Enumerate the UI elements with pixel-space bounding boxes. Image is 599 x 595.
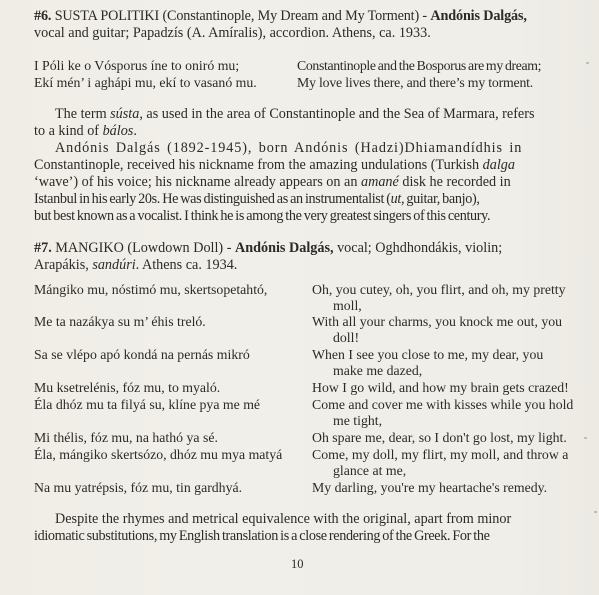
text: The term — [55, 106, 110, 122]
text: Arapákis, — [34, 257, 92, 273]
track6-title: SUSTA POLITIKI (Constantinople, My Dream… — [51, 8, 430, 24]
track6-number: #6. — [34, 8, 51, 24]
track7-lyric-english-8: My darling, you're my heartache's remedy… — [312, 479, 547, 496]
track6-para2-line4: Istanbul in his early 20s. He was distin… — [34, 191, 480, 208]
track6-para1-line2: to a kind of bálos. — [34, 123, 137, 140]
track7-credits: Arapákis, sandúri. Athens ca. 1934. — [34, 257, 237, 274]
track7-lyric-english-1-cont: moll, — [333, 297, 362, 314]
track6-lyric-english-2: My love lives there, and there’s my torm… — [297, 74, 533, 91]
track6-credits: vocal and guitar; Papadzís (A. Amíralis)… — [34, 25, 431, 42]
track6-lyric-greek-2: Ekí mén’ i aghápi mu, ekí to vasanó mu. — [34, 74, 257, 91]
track7-heading: #7. MANGIKO (Lowdown Doll) - Andónis Dal… — [34, 240, 502, 257]
track6-heading: #6. SUSTA POLITIKI (Constantinople, My D… — [34, 8, 527, 25]
term-sanduri: sandúri — [92, 257, 135, 273]
track6-para2-line1: Andónis Dalgás (1892-1945), born Andónis… — [55, 140, 522, 157]
track7-lyric-english-2-cont: doll! — [333, 329, 359, 346]
track7-lyric-english-3: When I see you close to me, my dear, you — [312, 346, 543, 363]
term-balos: bálos — [103, 123, 134, 139]
track7-lyric-greek-3: Sa se vlépo apó kondá na pernás mikró — [34, 346, 250, 363]
track7-title: MANGIKO (Lowdown Doll) - — [52, 240, 235, 256]
track7-lyric-greek-8: Na mu yatrépsis, fóz mu, tin gardhyá. — [34, 479, 242, 496]
scan-speck — [594, 511, 597, 513]
track7-lyric-greek-6: Mi thélis, fóz mu, na hathó ya sé. — [34, 429, 218, 446]
term-susta: sústa — [110, 106, 139, 122]
track7-lyric-greek-2: Me ta nazákya su m’ éhis treló. — [34, 313, 206, 330]
term-ut: ut — [391, 191, 401, 207]
track7-credits-rest: vocal; Oghdhondákis, violin; — [334, 240, 503, 256]
track7-lyric-english-5: Come and cover me with kisses while you … — [312, 396, 573, 413]
text: . — [133, 123, 137, 139]
track7-lyric-english-6: Oh spare me, dear, so I don't go lost, m… — [312, 429, 567, 446]
track7-lyric-greek-1: Mángiko mu, nóstimó mu, skertsopetahtó, — [34, 281, 267, 298]
track7-lyric-english-1: Oh, you cutey, oh, you flirt, and oh, my… — [312, 281, 566, 298]
text: ‘wave’) of his voice; his nickname alrea… — [34, 174, 361, 190]
track7-lyric-english-4: How I go wild, and how my brain gets cra… — [312, 379, 569, 396]
track7-lyric-greek-5: Éla dhóz mu ta filyá su, klíne pya me mé — [34, 396, 260, 413]
track6-lyric-greek-1: I Póli ke o Vósporus íne to oniró mu; — [34, 57, 239, 74]
term-amane: amané — [361, 174, 399, 190]
track6-para2-line5: but best known as a vocalist. I think he… — [34, 208, 490, 225]
text: , guitar, banjo), — [401, 191, 480, 207]
term-dalga: dalga — [483, 157, 515, 173]
track7-lyric-english-5-cont: me tight, — [333, 412, 382, 429]
scan-speck — [584, 437, 587, 439]
text: to a kind of — [34, 123, 103, 139]
text: Constantinople, received his nickname fr… — [34, 157, 483, 173]
track6-para1-line1: The term sústa, as used in the area of C… — [55, 106, 534, 123]
track7-lyric-greek-4: Mu ksetrelénis, fóz mu, to myaló. — [34, 379, 220, 396]
track7-lyric-english-7-cont: glance at me, — [333, 462, 406, 479]
scan-speck — [586, 62, 589, 64]
closing-line2: idiomatic substitutions, my English tran… — [34, 528, 490, 545]
text: . Athens ca. 1934. — [136, 257, 238, 273]
track7-lyric-english-3-cont: make me dazed, — [333, 362, 422, 379]
track6-artist: Andónis Dalgás, — [430, 8, 526, 24]
track7-artist: Andónis Dalgás, — [235, 240, 334, 256]
track7-lyric-greek-7: Éla, mángiko skertsózo, dhóz mu mya maty… — [34, 446, 282, 463]
track7-lyric-english-7: Come, my doll, my flirt, my moll, and th… — [312, 446, 568, 463]
page-number: 10 — [291, 557, 304, 572]
track7-lyric-english-2: With all your charms, you knock me out, … — [312, 313, 562, 330]
closing-line1: Despite the rhymes and metrical equivale… — [55, 511, 511, 528]
track6-lyric-english-1: Constantinople and the Bosporus are my d… — [297, 57, 541, 74]
text: , as used in the area of Constantinople … — [139, 106, 534, 122]
text: Istanbul in his early 20s. He was distin… — [34, 191, 391, 207]
track6-para2-line2: Constantinople, received his nickname fr… — [34, 157, 515, 174]
text: disk he recorded in — [399, 174, 511, 190]
track6-para2-line3: ‘wave’) of his voice; his nickname alrea… — [34, 174, 511, 191]
track7-number: #7. — [34, 240, 52, 256]
booklet-page: #6. SUSTA POLITIKI (Constantinople, My D… — [0, 0, 599, 595]
